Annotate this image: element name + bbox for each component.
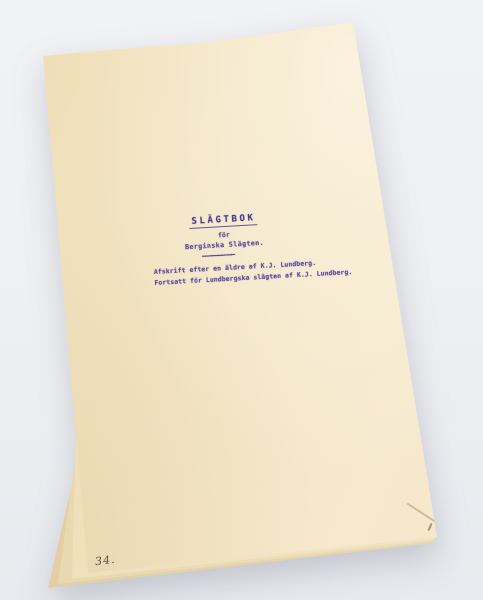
photo-of-document: SLÄGTBOK för Berginska Slägten. ––––––––… — [0, 0, 483, 600]
document-title-text: SLÄGTBOK — [189, 213, 257, 229]
corner-crease-mark — [427, 523, 432, 531]
corner-crease — [407, 503, 443, 527]
document-stack: SLÄGTBOK för Berginska Slägten. ––––––––… — [0, 0, 483, 600]
handwritten-page-number: 34. — [94, 553, 116, 568]
typed-separator: –––––––––– — [202, 250, 235, 260]
typed-text-block: SLÄGTBOK för Berginska Slägten. ––––––––… — [103, 208, 347, 301]
